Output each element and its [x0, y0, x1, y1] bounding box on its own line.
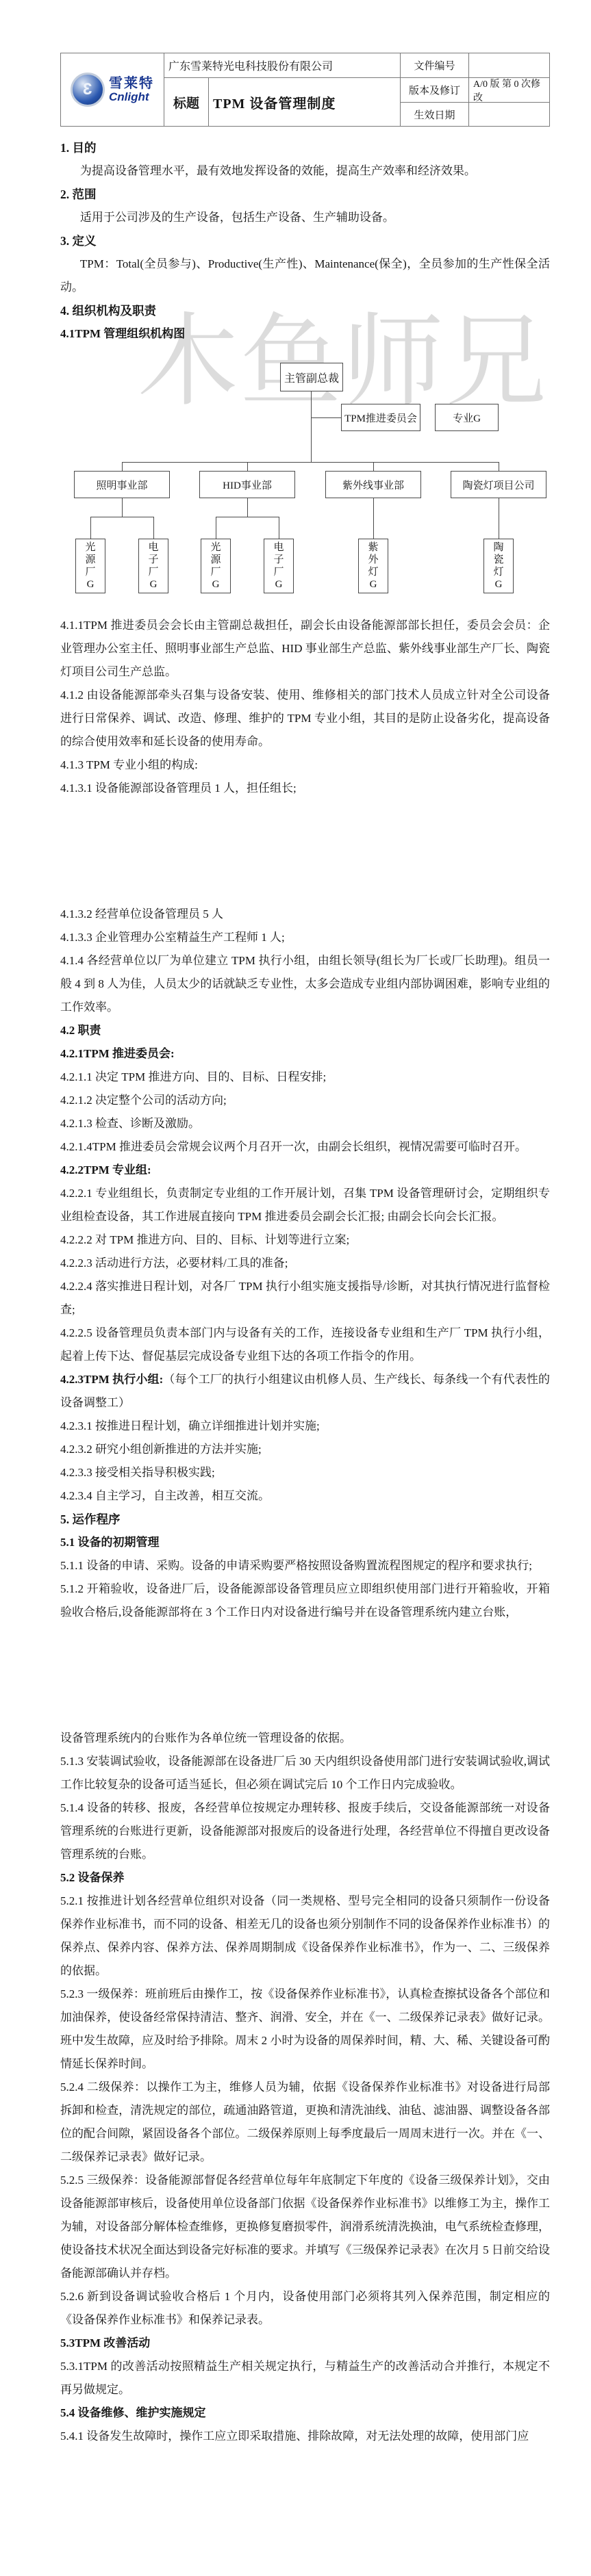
section-heading: 1. 目的: [60, 136, 550, 159]
logo-glyph: 3: [83, 81, 92, 98]
subsection-heading: 4.2.1TPM 推进委员会:: [60, 1042, 550, 1066]
factory-group-label: 电子厂G: [148, 541, 160, 591]
factory-group-label: 陶瓷灯G: [493, 541, 505, 591]
subsection-heading: 5.3TPM 改善活动: [60, 2332, 550, 2355]
connector-line: [122, 462, 499, 463]
clause: 4.2.1.3 检查、诊断及激励。: [60, 1112, 550, 1135]
connector-line: [247, 498, 248, 517]
clause: 4.2.2.4 落实推进日程计划，对各厂 TPM 执行小组实施支援指导/诊断，对…: [60, 1275, 550, 1322]
clause: 4.2.3.1 按推进日程计划，确立详细推进计划并实施;: [60, 1415, 550, 1438]
clause: 4.1.3.2 经营单位设备管理员 5 人: [60, 903, 550, 926]
subsection-heading: 5.4 设备维修、维护实施规定: [60, 2401, 550, 2425]
connector-line: [373, 462, 374, 471]
brand-name-cn: 雪莱特: [109, 77, 154, 91]
subsection-heading: 4.2.3TPM 执行小组:: [60, 1373, 163, 1386]
clause: 4.1.2 由设备能源部牵头召集与设备安装、使用、维修相关的部门技术人员成立针对…: [60, 684, 550, 754]
org-box-committee: TPM推进委员会: [341, 404, 420, 431]
clause: 4.2.1.4TPM 推进委员会常规会议两个月召开一次，由副会长组织，视情况需要…: [60, 1135, 550, 1159]
section-heading: 5. 运作程序: [60, 1508, 550, 1531]
clause: 5.2.1 按推进计划各经营单位组织对设备（同一类规格、型号完全相同的设备只须制…: [60, 1890, 550, 1983]
doc-no-value: [468, 53, 549, 77]
section-heading: 3. 定义: [60, 229, 550, 253]
clause: 5.2.5 三级保养：设备能源部督促各经营单位每年年底制定下年度的《设备三级保养…: [60, 2169, 550, 2285]
clause: 4.1.1TPM 推进委员会会长由主管副总裁担任，副会长由设备能源部部长担任，委…: [60, 614, 550, 684]
org-box-factory-group: 紫外灯G: [358, 539, 388, 593]
clause: 4.1.3.3 企业管理办公室精益生产工程师 1 人;: [60, 926, 550, 949]
doc-no-label: 文件编号: [400, 53, 468, 77]
section-heading: 4. 组织机构及职责: [60, 299, 550, 322]
org-box-factory-group: 电子厂G: [138, 539, 168, 593]
clause: 4.2.3TPM 执行小组:（每个工厂的执行小组建议由机修人员、生产线长、每条线…: [60, 1368, 550, 1415]
company-name: 广东雪莱特光电科技股份有限公司: [164, 53, 400, 77]
org-box-dept-uv: 紫外线事业部: [325, 471, 421, 498]
clause: 4.2.1.2 决定整个公司的活动方向;: [60, 1089, 550, 1112]
clause: 4.2.3.3 接受相关指导积极实践;: [60, 1461, 550, 1484]
subsection-heading: 5.1 设备的初期管理: [60, 1531, 550, 1554]
clause: 5.2.3 一级保养：班前班后由操作工，按《设备保养作业标准书》，认真检查擦拭设…: [60, 1983, 550, 2076]
clause: 4.2.2.5 设备管理员负责本部门内与设备有关的工作，连接设备专业组和生产厂 …: [60, 1322, 550, 1368]
clause: 5.1.4 设备的转移、报废，各经营单位按规定办理转移、报废手续后，交设备能源部…: [60, 1796, 550, 1866]
connector-line: [499, 498, 499, 539]
connector-line: [90, 517, 153, 517]
connector-line: [247, 462, 248, 471]
clause: 为提高设备管理水平，最有效地发挥设备的效能，提高生产效率和经济效果。: [60, 159, 550, 183]
effective-date-value: [468, 102, 549, 126]
connector-line: [279, 517, 279, 539]
effective-date-label: 生效日期: [400, 102, 468, 126]
clause: 5.1.2 开箱验收，设备进厂后，设备能源部设备管理员应立即组织使用部门进行开箱…: [60, 1577, 550, 1624]
factory-group-label: 电子厂G: [273, 541, 285, 591]
clause: TPM：Total(全员参与)、Productive(生产性)、Maintena…: [60, 253, 550, 299]
clause: 4.2.3.4 自主学习，自主改善，相互交流。: [60, 1484, 550, 1508]
connector-line: [373, 498, 374, 539]
page-break-gap: [60, 800, 550, 903]
org-box-factory-group: 电子厂G: [264, 539, 294, 593]
connector-line: [153, 517, 154, 539]
section-heading: 2. 范围: [60, 183, 550, 206]
org-box-dept-ceramic: 陶瓷灯项目公司: [451, 471, 546, 498]
brand-name-en: Cnlight: [109, 91, 154, 103]
factory-group-label: 光源厂G: [85, 541, 97, 591]
subsection-heading: 4.1TPM 管理组织机构图: [60, 322, 550, 346]
factory-group-label: 紫外灯G: [368, 541, 379, 591]
clause: 4.1.4 各经营单位以厂为单位建立 TPM 执行小组，由组长领导(组长为厂长或…: [60, 949, 550, 1019]
connector-line: [311, 417, 341, 418]
org-box-factory-group: 光源厂G: [201, 539, 231, 593]
clause: 4.2.2.1 专业组组长，负责制定专业组的工作开展计划，召集 TPM 设备管理…: [60, 1182, 550, 1228]
subsection-heading: 5.2 设备保养: [60, 1866, 550, 1890]
brand-text: 雪莱特 Cnlight: [109, 77, 154, 103]
page-break-gap: [60, 1624, 550, 1727]
document-page: 3 雪莱特 Cnlight 广东雪莱特光电科技股份有限公司 文件编号 标题 TP…: [0, 0, 591, 2448]
spacer: [60, 127, 550, 136]
org-box-dept-hid: HID事业部: [199, 471, 295, 498]
clause: 5.2.6 新到设备调试验收合格后 1 个月内，设备使用部门必须将其列入保养范围…: [60, 2285, 550, 2332]
version-value: A/0 版 第 0 次修改: [468, 77, 549, 102]
connector-line: [216, 517, 279, 517]
org-chart: 主管副总裁 TPM推进委员会 专业G 照明事业部 HID事业部 紫外线事业部 陶…: [60, 346, 550, 606]
clause: 5.1.1 设备的申请、采购。设备的申请采购要严格按照设备购置流程图规定的程序和…: [60, 1554, 550, 1577]
clause: 4.2.1.1 决定 TPM 推进方向、目的、目标、日程安排;: [60, 1066, 550, 1089]
connector-line: [311, 391, 312, 462]
org-box-special-group: 专业G: [435, 404, 499, 431]
subsection-heading: 4.2.2TPM 专业组:: [60, 1159, 550, 1182]
clause: 5.3.1TPM 的改善活动按照精益生产相关规定执行，与精益生产的改善活动合并推…: [60, 2355, 550, 2401]
org-box-dept-lighting: 照明事业部: [74, 471, 170, 498]
subsection-heading: 4.2 职责: [60, 1019, 550, 1042]
org-box-factory-group: 光源厂G: [75, 539, 105, 593]
connector-line: [499, 462, 499, 471]
clause: 4.2.3.2 研究小组创新推进的方法并实施;: [60, 1438, 550, 1461]
clause: 设备管理系统内的台账作为各单位统一管理设备的依据。: [60, 1727, 550, 1750]
factory-group-label: 光源厂G: [210, 541, 222, 591]
connector-line: [122, 462, 123, 471]
doc-title: TPM 设备管理制度: [208, 77, 400, 126]
connector-line: [90, 517, 91, 539]
clause: 4.2.2.3 活动进行方法，必要材料/工具的准备;: [60, 1252, 550, 1275]
clause: 4.1.3.1 设备能源部设备管理员 1 人，担任组长;: [60, 777, 550, 800]
clause: 4.2.2.2 对 TPM 推进方向、目的、目标、计划等进行立案;: [60, 1228, 550, 1252]
clause: 5.1.3 安装调试验收，设备能源部在设备进厂后 30 天内组织设备使用部门进行…: [60, 1750, 550, 1796]
clause: 4.1.3 TPM 专业小组的构成:: [60, 754, 550, 777]
company-logo: 3 雪莱特 Cnlight: [61, 53, 164, 126]
header-table: 3 雪莱特 Cnlight 广东雪莱特光电科技股份有限公司 文件编号 标题 TP…: [60, 53, 550, 127]
clause: 适用于公司涉及的生产设备，包括生产设备、生产辅助设备。: [60, 206, 550, 229]
title-label: 标题: [164, 77, 208, 126]
connector-line: [122, 498, 123, 517]
org-box-factory-group: 陶瓷灯G: [483, 539, 514, 593]
org-box-root: 主管副总裁: [280, 363, 343, 391]
clause: 5.2.4 二级保养：以操作工为主，维修人员为辅，依据《设备保养作业标准书》对设…: [60, 2076, 550, 2169]
clause: 5.4.1 设备发生故障时，操作工应立即采取措施、排除故障，对无法处理的故障，使…: [60, 2425, 550, 2448]
connector-line: [216, 517, 216, 539]
logo-sphere-icon: 3: [71, 73, 105, 107]
version-label: 版本及修订: [400, 77, 468, 102]
